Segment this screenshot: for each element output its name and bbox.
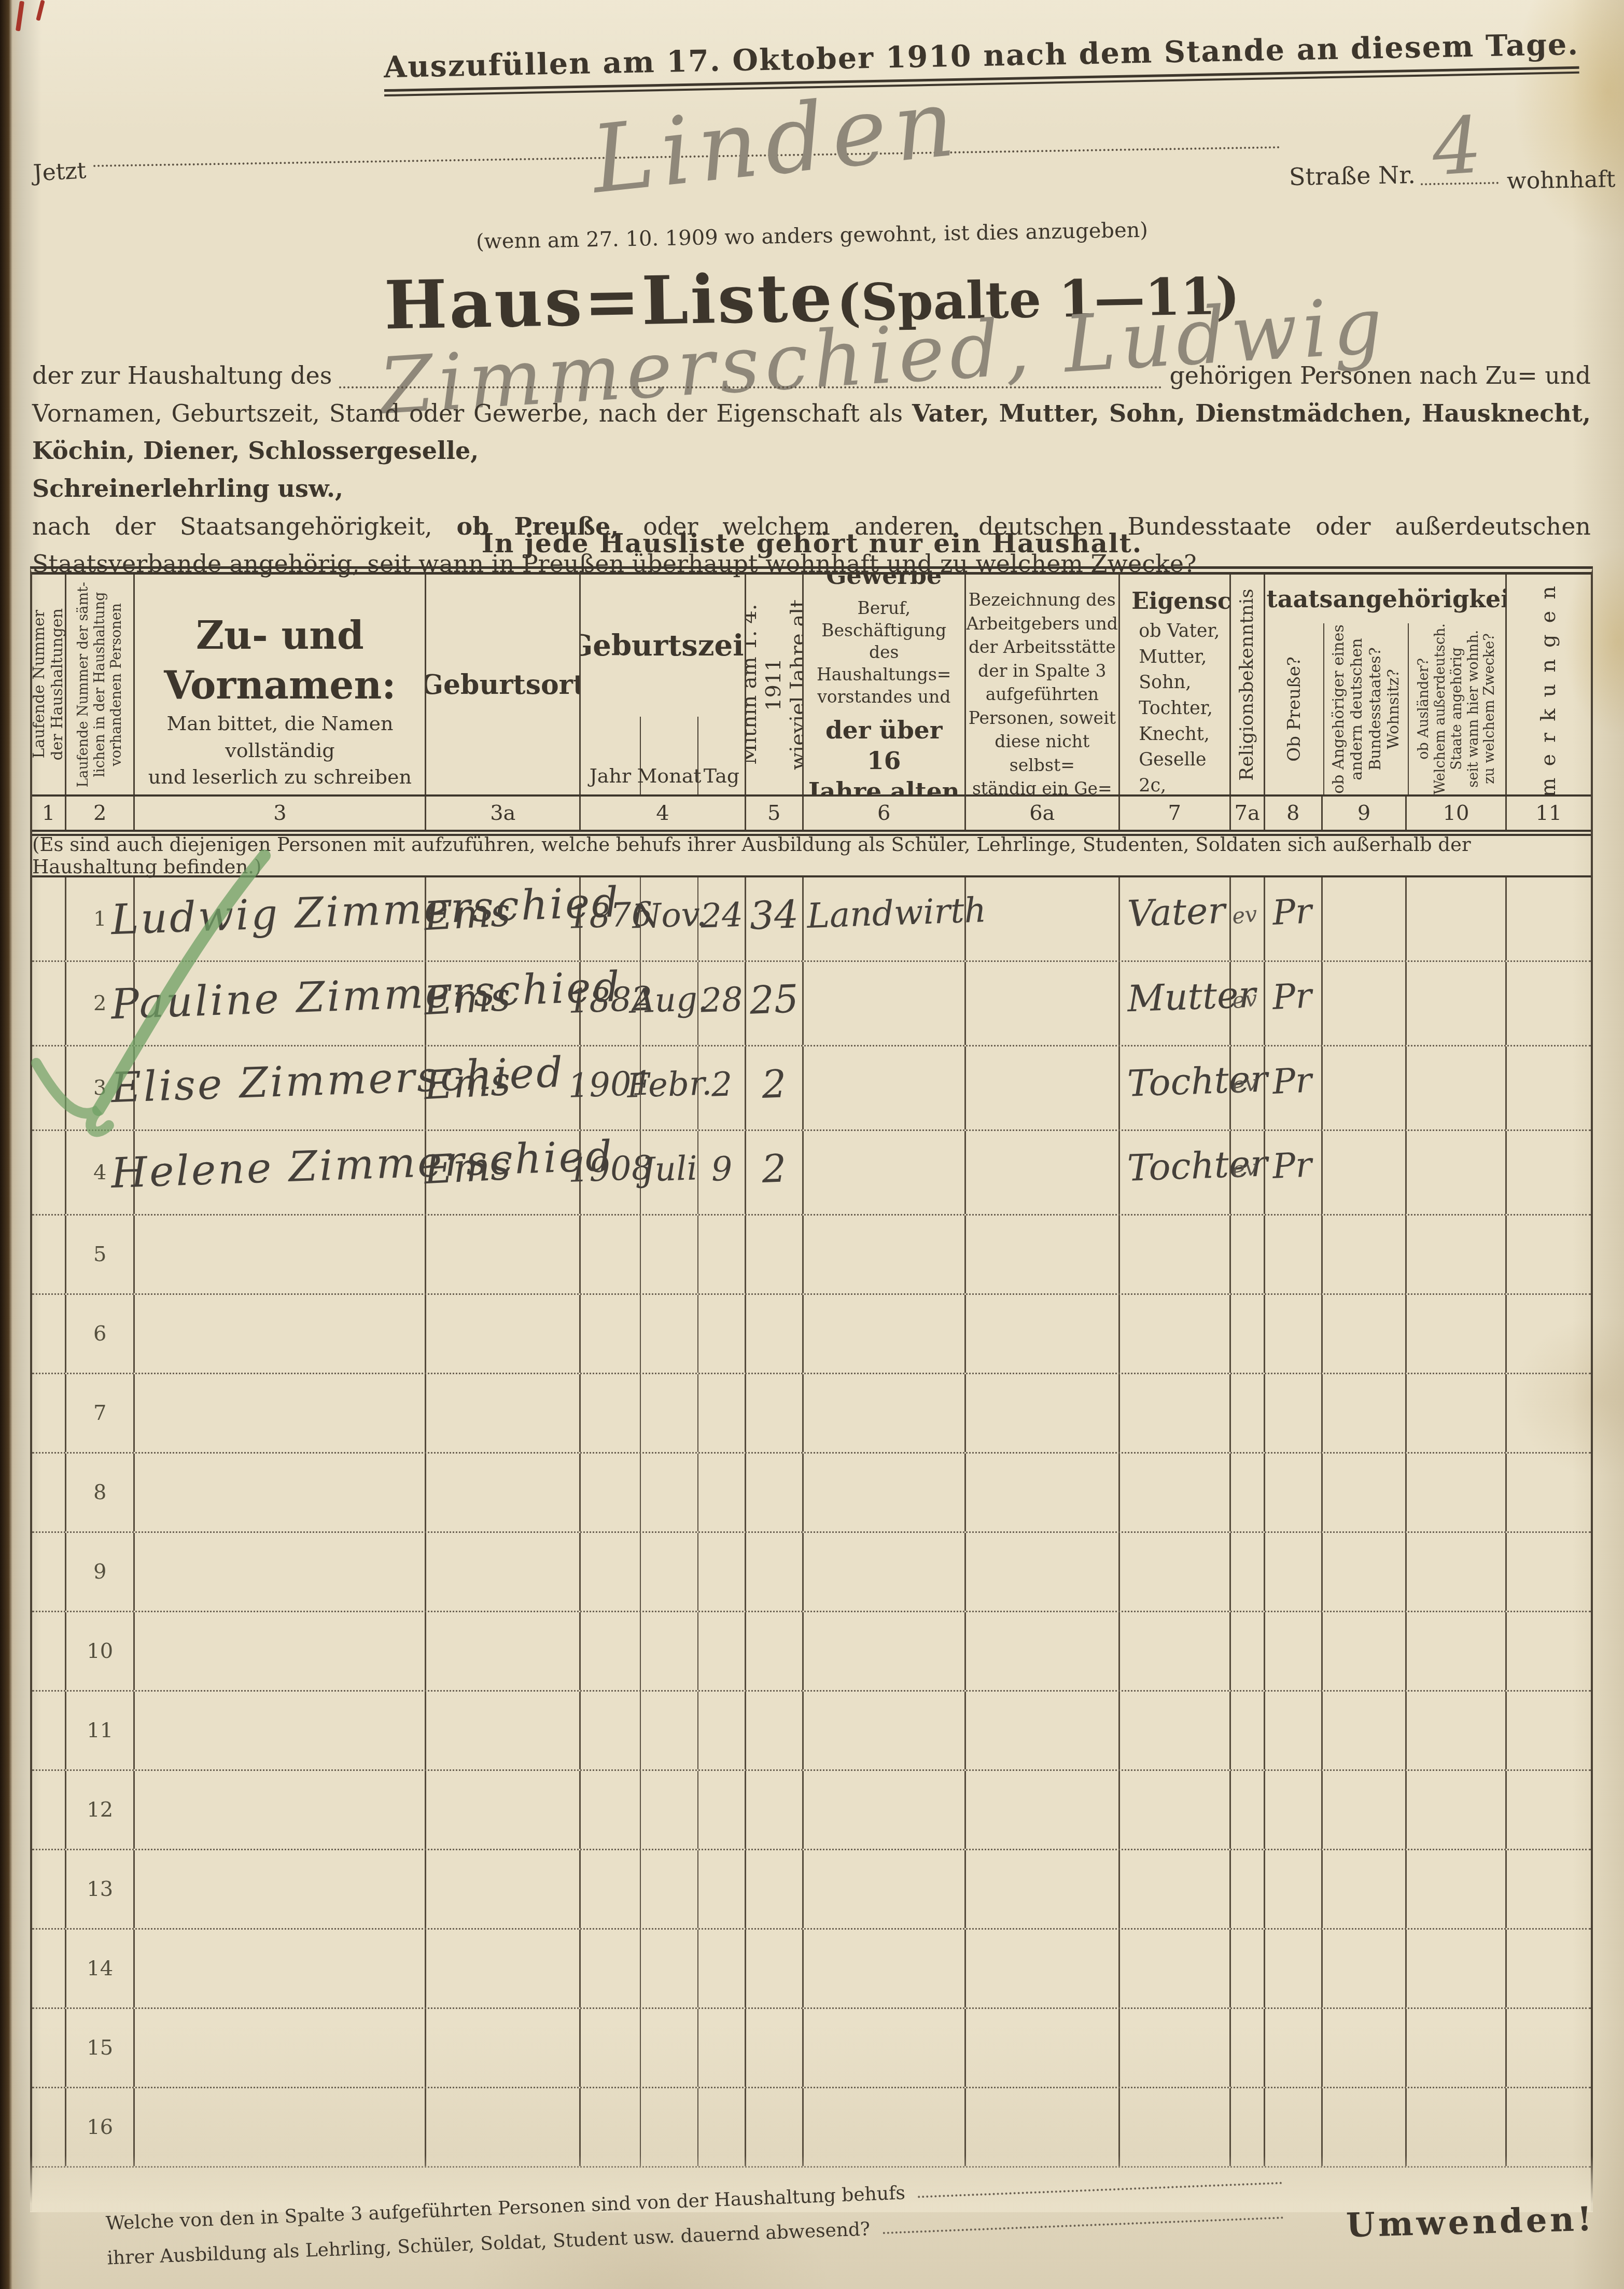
cell-geburtszeit [581,2009,746,2087]
cell-geburtszeit [581,1930,746,2007]
cell-religion [1231,1771,1265,1849]
cell-jahr [581,1612,640,1690]
cell-tag [698,1692,744,1769]
strasse-nr-label: Straße Nr. [1289,161,1416,191]
handwritten-monat: Nov. [632,896,707,937]
table-row: 4 Helene Zimmerschied Ems 1908 Juli 9 2 … [32,1131,1591,1216]
cell-auslaender [1407,1533,1506,1611]
cell-arbeitgeber [966,1850,1121,1928]
cell-tag [698,1295,744,1373]
cell-name [135,1374,426,1452]
handwritten-monat: Aug. [630,980,708,1021]
header-col10-auslaender: ob Ausländer? Welchem außerdeutsch. Staa… [1408,623,1505,794]
handwritten-geburtsort: Ems [423,889,512,940]
cell-alter [746,1533,804,1611]
cell-bemerkung [1507,1295,1591,1373]
cell-bemerkung [1507,1771,1591,1849]
house-number-handwritten: 4 [1429,100,1485,193]
header-col9-bundesstaat: ob Angehöriger eines andern deutschen Bu… [1323,623,1408,794]
cell-jahr: 1908 [581,1131,640,1214]
cell-person-nr: 5 [66,1216,135,1293]
cell-auslaender [1407,1612,1506,1690]
colnum-3a: 3a [426,797,581,830]
cell-tag [698,1850,744,1928]
cell-jahr [581,2009,640,2087]
header-col6a-arbeitgeber: Bezeichnung des Arbeitgebers und der Arb… [966,575,1121,794]
cell-alter [746,1930,804,2007]
cell-ob-preusse: Pr [1265,1131,1323,1214]
cell-arbeitgeber [966,2088,1121,2166]
cell-bundesstaat [1323,1533,1407,1611]
colnum-6a: 6a [966,797,1121,830]
cell-person-nr: 6 [66,1295,135,1373]
handwritten-eigenschaft: Vater [1127,889,1226,936]
cell-arbeitgeber [966,962,1121,1045]
cell-tag [698,1374,744,1452]
cell-bundesstaat [1323,1295,1407,1373]
table-row: 11 [32,1692,1591,1771]
cell-stand-gewerbe [804,1216,966,1293]
cell-geburtszeit [581,1850,746,1928]
cell-auslaender [1407,2009,1506,2087]
intro-line2: Vornamen, Geburtszeit, Stand oder Gewerb… [32,395,1591,470]
cell-bemerkung [1507,1216,1591,1293]
header-col3a-geburtsort: Geburtsort [426,575,581,794]
cell-person-nr: 8 [66,1454,135,1531]
fill-date-instruction: Auszufüllen am 17. Oktober 1910 nach dem… [383,27,1579,92]
cell-alter: 25 [746,962,804,1045]
header-col8-ob-preusse: Ob Preuße? [1265,623,1323,794]
cell-religion [1231,1533,1265,1611]
cell-monat: Nov. [640,877,699,960]
cell-name: Pauline Zimmerschied [135,962,426,1045]
cell-haushaltung-nr [32,1216,66,1293]
cell-ob-preusse [1265,1771,1323,1849]
cell-tag [698,2009,744,2087]
colnum-10: 10 [1407,797,1506,830]
cell-name: Helene Zimmerschied [135,1131,426,1214]
cell-arbeitgeber [966,1046,1121,1129]
red-ink-mark [36,0,45,21]
colnum-7: 7 [1120,797,1230,830]
cell-geburtsort [426,2009,581,2087]
table-row: 1 Ludwig Zimmerschied Ems 1876 Nov. 24 3… [32,877,1591,962]
cell-bemerkung [1507,1692,1591,1769]
cell-ob-preusse [1265,1850,1323,1928]
cell-ob-preusse: Pr [1265,1046,1323,1129]
census-form-page: Auszufüllen am 17. Oktober 1910 nach dem… [0,0,1624,2289]
red-ink-mark [16,1,24,32]
col6-title: Stand oder Gewerbe [811,575,957,591]
table-row: 8 [32,1454,1591,1533]
cell-auslaender [1407,1454,1506,1531]
cell-alter [746,1612,804,1690]
cell-geburtszeit [581,1374,746,1452]
cell-ob-preusse [1265,1216,1323,1293]
cell-stand-gewerbe [804,1533,966,1611]
cell-monat [640,1771,699,1849]
cell-bundesstaat [1323,1374,1407,1452]
cell-alter [746,1454,804,1531]
cell-geburtszeit [581,2088,746,2166]
cell-jahr [581,1771,640,1849]
cell-jahr [581,1374,640,1452]
cell-monat [640,1295,699,1373]
col3-title: Zu- und Vornamen: [164,611,396,710]
handwritten-geburtsort: Ems [423,1058,512,1109]
cell-religion [1231,1295,1265,1373]
cell-arbeitgeber [966,877,1121,960]
handwritten-geburtsort: Ems [423,1142,512,1193]
header-col7a-religion: Religionsbekenntnis [1231,575,1265,794]
cell-arbeitgeber [966,1930,1121,2007]
cell-monat: Juli [640,1131,699,1214]
cell-arbeitgeber [966,1771,1121,1849]
intro-line1-pre: der zur Haushaltung des [32,357,332,395]
col7-sub: ob Vater, Mutter, Sohn, Tochter, Knecht,… [1131,619,1224,794]
cell-haushaltung-nr [32,1131,66,1214]
cell-stand-gewerbe [804,962,966,1045]
cell-name [135,1771,426,1849]
cell-geburtszeit: 1882 Aug. 28 [581,962,746,1045]
cell-eigenschaft [1120,1533,1230,1611]
cell-religion [1231,1930,1265,2007]
cell-monat [640,1374,699,1452]
cell-eigenschaft [1120,1692,1230,1769]
cell-eigenschaft: Tochter [1120,1131,1230,1214]
handwritten-stand: Landwirth [806,890,987,936]
cell-tag: 28 [698,962,744,1045]
cell-stand-gewerbe [804,1692,966,1769]
cell-stand-gewerbe [804,1131,966,1214]
cell-jahr [581,2088,640,2166]
cell-alter [746,2088,804,2166]
cell-bundesstaat [1323,2088,1407,2166]
table-row: 2 Pauline Zimmerschied Ems 1882 Aug. 28 … [32,962,1591,1046]
cell-monat [640,1850,699,1928]
cell-person-nr: 13 [66,1850,135,1928]
cell-tag [698,1454,744,1531]
table-row: 3 Elise Zimmerschied Ems 1901 Febr. 2 2 … [32,1046,1591,1131]
cell-eigenschaft: Mutter [1120,962,1230,1045]
table-note-row: (Es sind auch diejenigen Personen mit au… [32,836,1591,877]
cell-jahr [581,1850,640,1928]
colnum-8: 8 [1265,797,1323,830]
cell-religion [1231,1216,1265,1293]
cell-auslaender [1407,1295,1506,1373]
cell-arbeitgeber [966,1295,1121,1373]
cell-religion [1231,1612,1265,1690]
cell-eigenschaft [1120,1216,1230,1293]
cell-auslaender [1407,1930,1506,2007]
table-row: 12 [32,1771,1591,1850]
cell-tag: 9 [698,1131,744,1214]
cell-monat [640,1612,699,1690]
cell-person-nr: 14 [66,1930,135,2007]
cell-religion: ev [1231,1046,1265,1129]
cell-bundesstaat [1323,1612,1407,1690]
cell-geburtszeit [581,1216,746,1293]
cell-jahr [581,1533,640,1611]
header-col3-zu-und-vornamen: Zu- und Vornamen: Man bittet, die Namen … [135,575,426,794]
cell-jahr [581,1295,640,1373]
cell-stand-gewerbe [804,1771,966,1849]
column-number-row: 1 2 3 3a 4 5 6 6a 7 7a 8 9 10 11 [32,797,1591,836]
cell-bundesstaat [1323,1771,1407,1849]
cell-auslaender [1407,1850,1506,1928]
cell-stand-gewerbe [804,1046,966,1129]
cell-geburtsort [426,1454,581,1531]
table-header-row: Laufende Nummer der Haushaltungen Laufen… [32,575,1591,797]
header-col7-eigenschaft: Eigenschaft: ob Vater, Mutter, Sohn, Toc… [1120,575,1230,794]
cell-ob-preusse [1265,1295,1323,1373]
handwritten-tag: 2 [710,1065,733,1104]
cell-bundesstaat [1323,2009,1407,2087]
cell-geburtszeit [581,1295,746,1373]
cell-bundesstaat [1323,1454,1407,1531]
cell-tag: 24 [698,877,744,960]
cell-religion [1231,1850,1265,1928]
cell-auslaender [1407,1131,1506,1214]
cell-geburtsort [426,1374,581,1452]
cell-haushaltung-nr [32,877,66,960]
cell-geburtsort: Ems [426,877,581,960]
cell-name: Elise Zimmerschied [135,1046,426,1129]
cell-stand-gewerbe [804,2009,966,2087]
table-row: 16 [32,2088,1591,2168]
table-row: 14 [32,1930,1591,2009]
cell-alter [746,1850,804,1928]
cell-monat [640,2088,699,2166]
cell-eigenschaft [1120,2009,1230,2087]
cell-auslaender [1407,1771,1506,1849]
footer-blank-line1 [918,2182,1282,2198]
cell-alter [746,1216,804,1293]
handwritten-geburtsort: Ems [423,973,512,1024]
colnum-3: 3 [135,797,426,830]
table-row: 15 [32,2009,1591,2088]
header-col1-laufende-nummer-haushaltungen: Laufende Nummer der Haushaltungen [32,575,66,794]
cell-religion [1231,2088,1265,2166]
cell-geburtszeit [581,1612,746,1690]
cell-tag [698,1612,744,1690]
cell-person-nr: 11 [66,1692,135,1769]
cell-bundesstaat [1323,1046,1407,1129]
colnum-5: 5 [746,797,804,830]
cell-arbeitgeber [966,1374,1121,1452]
cell-geburtsort [426,1295,581,1373]
cell-bemerkung [1507,2009,1591,2087]
col6-sub: Beruf, Beschäftigung des Haushaltungs= v… [806,597,962,708]
handwritten-monat: Juli [640,1149,697,1190]
cell-haushaltung-nr [32,1692,66,1769]
header-group-staatsangehoerigkeit: Staatsangehörigkeit Ob Preuße? ob Angehö… [1265,575,1507,794]
handwritten-preusse: Pr [1271,891,1313,933]
header-col2-laufende-nummer-personen: Laufende Nummer der sämt- lichen in der … [66,575,135,794]
cell-haushaltung-nr [32,1295,66,1373]
jetzt-label: Jetzt [33,157,87,186]
handwritten-preusse: Pr [1271,1060,1313,1102]
cell-eigenschaft [1120,2088,1230,2166]
cell-geburtszeit [581,1692,746,1769]
intro-line1: der zur Haushaltung des gehörigen Person… [32,357,1591,395]
cell-stand-gewerbe: Landwirth [804,877,966,960]
handwritten-alter: 34 [749,892,799,939]
cell-tag: 2 [698,1046,744,1129]
cell-auslaender [1407,1046,1506,1129]
cell-bundesstaat [1323,1692,1407,1769]
cell-monat [640,1216,699,1293]
cell-name [135,1533,426,1611]
table-row: 6 [32,1295,1591,1374]
cell-geburtszeit [581,1454,746,1531]
household-head-blank-line [339,386,1162,388]
cell-religion [1231,1454,1265,1531]
cell-bemerkung [1507,1454,1591,1531]
cell-geburtsort [426,1930,581,2007]
cell-haushaltung-nr [32,2009,66,2087]
col3-subnote: Man bittet, die Namen vollständig und le… [139,710,421,790]
cell-monat: Aug. [640,962,699,1045]
cell-monat [640,1930,699,2007]
colnum-1: 1 [32,797,66,830]
cell-tag [698,1771,744,1849]
cell-person-nr: 15 [66,2009,135,2087]
cell-ob-preusse [1265,1454,1323,1531]
cell-tag [698,1216,744,1293]
handwritten-preusse: Pr [1271,1144,1313,1187]
cell-geburtszeit [581,1533,746,1611]
cell-alter [746,1771,804,1849]
cell-bundesstaat [1323,1216,1407,1293]
cell-name [135,1216,426,1293]
header-col5-alter: Mithin am 1. 4. 1911 wieviel Jahre alt [746,575,804,794]
cell-geburtsort: Ems [426,1131,581,1214]
table-row: 7 [32,1374,1591,1454]
cell-haushaltung-nr [32,1930,66,2007]
cell-religion [1231,1692,1265,1769]
cell-bundesstaat [1323,877,1407,960]
cell-ob-preusse [1265,2088,1323,2166]
cell-arbeitgeber [966,1533,1121,1611]
cell-religion: ev [1231,877,1265,960]
colnum-4: 4 [581,797,746,830]
cell-bemerkung [1507,1374,1591,1452]
cell-haushaltung-nr [32,1046,66,1129]
cell-haushaltung-nr [32,2088,66,2166]
cell-ob-preusse [1265,1612,1323,1690]
cell-monat [640,2009,699,2087]
header-col4-geburtszeit: Geburtszeit Jahr Monat Tag [581,575,746,794]
cell-stand-gewerbe [804,1612,966,1690]
handwritten-alter: 25 [749,977,799,1023]
cell-haushaltung-nr [32,1612,66,1690]
handwritten-alter: 2 [761,1062,787,1107]
cell-geburtszeit: 1901 Febr. 2 [581,1046,746,1129]
cell-geburtsort [426,1533,581,1611]
cell-monat [640,1454,699,1531]
cell-religion: ev [1231,962,1265,1045]
cell-bemerkung [1507,1046,1591,1129]
census-table: Laufende Nummer der Haushaltungen Laufen… [30,566,1593,2211]
cell-jahr [581,1216,640,1293]
cell-alter [746,2009,804,2087]
cell-arbeitgeber [966,1454,1121,1531]
cell-bundesstaat [1323,1930,1407,2007]
colnum-2: 2 [66,797,135,830]
cell-jahr [581,1692,640,1769]
cell-geburtsort [426,2088,581,2166]
cell-eigenschaft [1120,1612,1230,1690]
cell-bundesstaat [1323,1850,1407,1928]
cell-bundesstaat [1323,1131,1407,1214]
cell-bemerkung [1507,1930,1591,2007]
cell-tag [698,1533,744,1611]
cell-eigenschaft [1120,1930,1230,2007]
cell-geburtsort [426,1771,581,1849]
cell-bemerkung [1507,1612,1591,1690]
cell-haushaltung-nr [32,1771,66,1849]
cell-bundesstaat [1323,962,1407,1045]
cell-bemerkung [1507,2088,1591,2166]
single-household-note: In jede Hausliste gehört nur ein Haushal… [0,528,1624,559]
table-row: 5 [32,1216,1591,1295]
col4-title: Geburtszeit [581,575,745,717]
cell-auslaender [1407,1216,1506,1293]
cell-arbeitgeber [966,1216,1121,1293]
colnum-6: 6 [804,797,966,830]
handwritten-tag: 28 [700,981,744,1021]
umwenden-label: Umwenden! [1346,2200,1595,2245]
cell-bemerkung [1507,1850,1591,1928]
cell-name [135,2009,426,2087]
cell-monat [640,1533,699,1611]
cell-stand-gewerbe [804,1850,966,1928]
cell-ob-preusse [1265,1692,1323,1769]
cell-name [135,1850,426,1928]
cell-ob-preusse [1265,1533,1323,1611]
cell-eigenschaft: Tochter [1120,1046,1230,1129]
cell-bemerkung [1507,877,1591,960]
handwritten-religion: ev [1230,986,1258,1014]
cell-ob-preusse [1265,1930,1323,2007]
cell-name: Ludwig Zimmerschied [135,877,426,960]
cell-ob-preusse: Pr [1265,877,1323,960]
cell-haushaltung-nr [32,1850,66,1928]
cell-person-nr: 7 [66,1374,135,1452]
cell-auslaender [1407,962,1506,1045]
cell-jahr: 1876 [581,877,640,960]
cell-geburtsort [426,1612,581,1690]
cell-eigenschaft [1120,1374,1230,1452]
cell-person-nr: 16 [66,2088,135,2166]
cell-jahr [581,1454,640,1531]
cell-geburtsort [426,1692,581,1769]
cell-ob-preusse [1265,1374,1323,1452]
cell-stand-gewerbe [804,1454,966,1531]
cell-haushaltung-nr [32,962,66,1045]
col4-tag-label: Tag [698,717,744,794]
wohnhaft-label: wohnhaft [1507,166,1616,194]
handwritten-tag: 24 [700,896,744,936]
cell-tag [698,2088,744,2166]
cell-jahr [581,1930,640,2007]
colnum-11: 11 [1507,797,1591,830]
handwritten-preusse: Pr [1271,975,1313,1017]
cell-auslaender [1407,2088,1506,2166]
cell-auslaender [1407,1374,1506,1452]
cell-religion [1231,2009,1265,2087]
